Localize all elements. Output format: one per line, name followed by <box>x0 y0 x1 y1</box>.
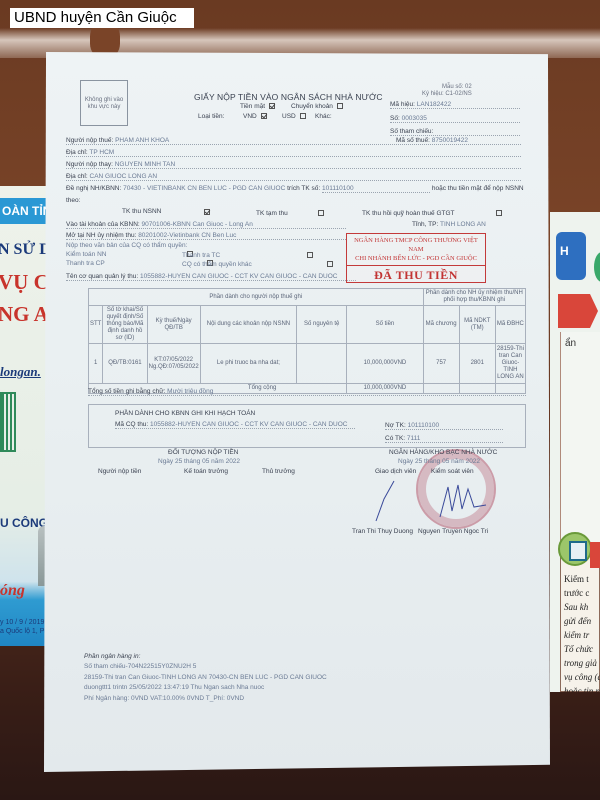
field-value: 90701006-KBNN Can Giuoc - Long An <box>142 221 253 228</box>
bank-signer-name: Tran Thi Thuy Duong <box>352 528 413 535</box>
poster-card-2-line: Tổ chức <box>564 642 600 656</box>
bank-print-line: 28159-Thi tran Can Giuoc-TINH LONG AN 70… <box>84 673 327 684</box>
transfer-checkbox[interactable] <box>337 103 343 109</box>
currency-label: Loại tiền: <box>198 113 224 120</box>
field-label: Số tham chiếu: <box>390 128 433 135</box>
account-nsnn-checkbox[interactable] <box>204 209 210 215</box>
authority-khac: CQ có thẩm quyền khác <box>182 261 252 268</box>
transfer-option[interactable]: Chuyển khoản <box>291 103 343 110</box>
stamp-paid-text: ĐÃ THU TIỀN <box>347 266 485 284</box>
authority-kiem-toan: Kiểm toán NN <box>66 251 106 258</box>
form-symbol: Ký hiệu: C1-02/NS <box>422 91 472 97</box>
field-value: TINH LONG AN <box>440 221 486 228</box>
dia-chi-2-field: Địa chỉ: CAN GIUOC LONG AN <box>66 173 521 181</box>
green-dot-icon <box>594 252 600 282</box>
option-label: TK thu hồi quỹ hoàn thuế GTGT <box>362 210 455 217</box>
nop-theo-label: Nộp theo văn bản của CQ có thẩm quyền: <box>66 242 187 249</box>
field-value: 0003035 <box>402 115 427 122</box>
column-header: Số nguyên tệ <box>297 306 347 344</box>
field-label: Có TK: <box>385 435 405 442</box>
poster-card-2-line: trước c <box>564 586 600 600</box>
qr-code-icon <box>0 392 16 452</box>
field-label: Người nộp thay: <box>66 161 113 168</box>
payer-date: Ngày 25 tháng 05 năm 2022 <box>158 458 240 465</box>
column-header: Số tờ khai/Số quyết định/Số thông báo/Mã… <box>103 306 147 344</box>
table-cell: 28159-Thi tran Can Giuoc-TINH LONG AN <box>495 344 525 384</box>
option-label: TK tạm thu <box>256 210 288 217</box>
poster-footer: y 10 / 9 / 2019 a Quốc lộ 1, P <box>0 618 44 636</box>
column-header: Kỳ thuế/Ngày QĐ/TB <box>147 306 200 344</box>
nguoi-nop-thay-field: Người nộp thay: NGUYEN MINH TAN <box>66 161 521 169</box>
poster-card-2-line: hoặc tin n <box>564 684 600 692</box>
poster-card-2-text: Kiểm ttrước cSau khgửi đếnkiểm trTổ chức… <box>564 572 600 692</box>
table-cell: 10,000,000VND <box>347 344 423 384</box>
no-tk-field: Nợ TK: 101110100 <box>385 422 503 430</box>
poster-card-2-line: gửi đến <box>564 614 600 628</box>
nguoi-nop-thue-field: Người nộp thuế: PHAM ANH KHOA Mã số thuế… <box>66 137 521 145</box>
poster-tab: H <box>556 232 586 280</box>
poster-footer-line: y 10 / 9 / 2019 <box>0 618 44 627</box>
account-tam-thu-checkbox[interactable] <box>318 210 324 216</box>
de-nghi-field: Đề nghị NH/KBNN: 70430 - VIETINBANK CN B… <box>66 185 521 193</box>
paid-stamp: NGÂN HÀNG TMCP CÔNG THƯƠNG VIỆT NAM CHI … <box>346 233 486 283</box>
table-row: 1QĐ/TB:0161KT:07/05/2022 Ng.QĐ:07/05/202… <box>89 344 526 384</box>
transfer-label: Chuyển khoản <box>291 103 333 110</box>
field-label: Nợ TK: <box>385 422 406 429</box>
table-cell: 2801 <box>459 344 495 384</box>
field-value: 80201002-Vietinbank CN Ben Luc <box>138 232 236 239</box>
bank-print-line: duongttt1 trintn 25/05/2022 13:47:19 Thu… <box>84 683 327 694</box>
so-field: Số: 0003035 <box>390 115 520 123</box>
account-gtgt-checkbox[interactable] <box>496 210 502 216</box>
right-poster: H ẩn Kiểm ttrước cSau khgửi đếnkiểm trTổ… <box>550 212 600 692</box>
cash-label: Tiền mặt <box>240 103 265 110</box>
usd-checkbox[interactable] <box>300 113 306 119</box>
column-header: Mã ĐBHC <box>495 306 525 344</box>
table-cell <box>297 344 347 384</box>
poster-footer-line: a Quốc lộ 1, P <box>0 627 44 636</box>
payment-table: Phần dành cho người nộp thuế ghi Phần dà… <box>88 288 526 394</box>
vnd-checkbox[interactable] <box>261 113 267 119</box>
field-label: Số: <box>390 115 400 122</box>
red-bar <box>590 542 600 568</box>
table-cell: 1 <box>89 344 103 384</box>
document-icon <box>558 532 592 566</box>
field-label: trích TK số: <box>287 185 320 192</box>
cash-option[interactable]: Tiền mặt <box>240 103 275 110</box>
field-value: 8750019422 <box>432 137 468 144</box>
poster-card-2-line: Kiểm t <box>564 572 600 586</box>
field-value: TP HCM <box>89 149 114 156</box>
vao-tk-field: Vào tài khoản của KBNN: 90701006-KBNN Ca… <box>66 221 346 229</box>
bank-role: Kiểm soát viên <box>431 468 474 475</box>
authority-thanh-tra-tc-checkbox[interactable] <box>307 252 313 258</box>
field-value: 101110100 <box>322 185 430 193</box>
poster-card-2-line: vụ công (c <box>564 670 600 684</box>
kbnn-title: PHẦN DÀNH CHO KBNN GHI KHI HẠCH TOÁN <box>115 410 255 417</box>
bank-role: Giao dịch viên <box>375 468 416 475</box>
column-header: Nội dung các khoản nộp NSNN <box>200 306 296 344</box>
mo-tai-nh-field: Mở tại NH ủy nhiệm thu: 80201002-Vietinb… <box>66 232 346 240</box>
poster-card-2-line: trong giả <box>564 656 600 670</box>
poster-card-2-line: kiểm tr <box>564 628 600 642</box>
bank-print-line: Số tham chiếu-704N22515Y0ZNU2H 5 <box>84 662 327 673</box>
field-label: Đề nghị NH/KBNN: <box>66 185 121 192</box>
column-header: STT <box>89 306 103 344</box>
co-tk-field: Có TK: 7111 <box>385 435 503 443</box>
field-value: 1055882-HUYEN CAN GIUOC - CCT KV CAN GIU… <box>150 421 347 428</box>
poster-card-text: ẩn <box>565 338 576 349</box>
field-label: Địa chỉ: <box>66 173 88 180</box>
column-header: Số tiền <box>347 306 423 344</box>
dia-chi-1-field: Địa chỉ: TP HCM <box>66 149 521 157</box>
table-header-row: STTSố tờ khai/Số quyết định/Số thông báo… <box>89 306 526 344</box>
field-value: NGUYEN MINH TAN <box>115 161 175 168</box>
poster-link: longan. <box>0 364 41 380</box>
so-tham-chieu-field: Số tham chiếu: <box>390 128 520 136</box>
field-value: 101110100 <box>408 422 440 429</box>
other-currency-label: Khác: <box>315 113 332 120</box>
field-value: Mười triệu đồng <box>167 388 213 395</box>
payer-role: Thủ trưởng <box>262 468 295 475</box>
field-value: 70430 - VIETINBANK CN BEN LUC - PGD CAN … <box>123 185 285 192</box>
payer-signature-title: ĐỐI TƯỢNG NỘP TIỀN <box>168 449 238 456</box>
field-value: PHAM ANH KHOA <box>115 137 169 144</box>
no-write-box: Không ghi vào khu vực này <box>80 80 128 126</box>
usd-option[interactable]: USD <box>282 113 306 120</box>
stamp-line: CHI NHÁNH BẾN LỨC - PGD CẦN GIUỘC <box>347 254 485 266</box>
bank-section-header: Phần dành cho NH ủy nhiệm thu/NH phối hợ… <box>423 289 525 306</box>
stamp-line: NGÂN HÀNG TMCP CÔNG THƯƠNG VIỆT NAM <box>347 234 485 254</box>
ten-co-quan-field: Tên cơ quan quản lý thu: 1055882-HUYEN C… <box>66 273 356 281</box>
bank-print-heading: Phần ngân hàng in: <box>84 653 140 660</box>
field-label: Mã hiệu: <box>390 101 415 108</box>
field-label: Tên cơ quan quản lý thu: <box>66 273 138 280</box>
page-title: UBND huyện Cần Giuộc <box>10 8 194 28</box>
field-value: 7111 <box>407 435 421 442</box>
red-arrow-icon <box>558 294 598 328</box>
column-header: Mã NDKT (TM) <box>459 306 495 344</box>
table-cell: KT:07/05/2022 Ng.QĐ:07/05/2022 <box>147 344 200 384</box>
cash-checkbox[interactable] <box>269 103 275 109</box>
signature-marks <box>370 477 500 527</box>
left-poster: OÀN TỈNH N SỬ DỤ VỤ CÔ NG AN longan. U C… <box>0 186 52 646</box>
field-label: Mã CQ thu: <box>115 421 148 428</box>
field-label: Mở tại NH ủy nhiệm thu: <box>66 232 136 239</box>
bank-date: Ngày 25 tháng 05 năm 2022 <box>398 458 480 465</box>
field-label: Tỉnh, TP: <box>412 221 438 228</box>
poster-band: OÀN TỈNH <box>0 198 52 224</box>
field-value: LAN182422 <box>417 101 451 108</box>
field-label: hoặc thu tiền mặt để nộp NSNN <box>432 185 524 192</box>
authority-thanh-tra-tc: Thanh tra TC <box>182 252 220 259</box>
amount-words-field: Tổng số tiền ghi bằng chữ: Mười triệu đồ… <box>88 388 526 396</box>
payer-section-header: Phần dành cho người nộp thuế ghi <box>89 289 424 306</box>
option-label: TK thu NSNN <box>122 208 161 215</box>
document-title: GIẤY NỘP TIỀN VÀO NGÂN SÁCH NHÀ NƯỚC <box>194 92 383 102</box>
field-label: Mã số thuế: <box>396 137 430 144</box>
authority-khac-checkbox[interactable] <box>327 261 333 267</box>
poster-card: ẩn <box>560 332 600 562</box>
bank-signature-title: NGÂN HÀNG/KHO BẠC NHÀ NƯỚC <box>389 449 497 456</box>
table-cell: QĐ/TB:0161 <box>103 344 147 384</box>
bank-print-lines: Số tham chiếu-704N22515Y0ZNU2H 528159-Th… <box>84 662 327 704</box>
table-cell: 757 <box>423 344 459 384</box>
field-value: 1055882-HUYEN CAN GIUOC - CCT KV CAN GIU… <box>140 273 337 280</box>
bank-signer-name: Nguyen Truyen Ngoc Tri <box>418 528 488 535</box>
account-option-tam-thu[interactable]: TK tạm thu <box>256 210 288 217</box>
poster-text: óng <box>0 582 25 600</box>
bank-print-line: Phí Ngân hàng: 0VND VAT:10.00% 0VND T_Ph… <box>84 694 327 705</box>
payer-role: Người nộp tiền <box>98 468 141 475</box>
theo-label: theo: <box>66 197 80 204</box>
poster-card-2-line: Sau kh <box>564 600 600 614</box>
payment-document: Không ghi vào khu vực này GIẤY NỘP TIỀN … <box>44 52 550 772</box>
authority-thanh-tra-cp: Thanh tra CP <box>66 260 105 267</box>
column-header: Mã chương <box>423 306 459 344</box>
poster-text: NG AN <box>0 302 52 327</box>
field-label: Tổng số tiền ghi bằng chữ: <box>88 388 165 395</box>
vnd-option[interactable]: VND <box>243 113 267 120</box>
poster-text: N SỬ DỤ <box>0 241 52 259</box>
tinh-tp-field: Tỉnh, TP: TINH LONG AN <box>412 221 486 228</box>
account-option-gtgt[interactable]: TK thu hồi quỹ hoàn thuế GTGT <box>362 210 455 217</box>
table-cell: Le phi truoc ba nha dat; <box>200 344 296 384</box>
payer-role: Kế toán trưởng <box>184 468 228 475</box>
kbnn-section: PHẦN DÀNH CHO KBNN GHI KHI HẠCH TOÁN Mã … <box>88 404 526 448</box>
field-label: Người nộp thuế: <box>66 137 113 144</box>
ma-cq-thu-field: Mã CQ thu: 1055882-HUYEN CAN GIUOC - CCT… <box>115 421 355 429</box>
field-label: Vào tài khoản của KBNN: <box>66 221 140 228</box>
usd-label: USD <box>282 113 296 120</box>
vnd-label: VND <box>243 113 257 120</box>
field-label: Địa chỉ: <box>66 149 88 156</box>
ma-hieu-field: Mã hiệu: LAN182422 <box>390 101 520 109</box>
field-value: CAN GIUOC LONG AN <box>90 173 158 180</box>
account-option-nsnn[interactable]: TK thu NSNN <box>122 208 161 215</box>
form-number: Mẫu số: 02 <box>442 84 472 90</box>
poster-text: VỤ CÔ <box>0 270 52 295</box>
